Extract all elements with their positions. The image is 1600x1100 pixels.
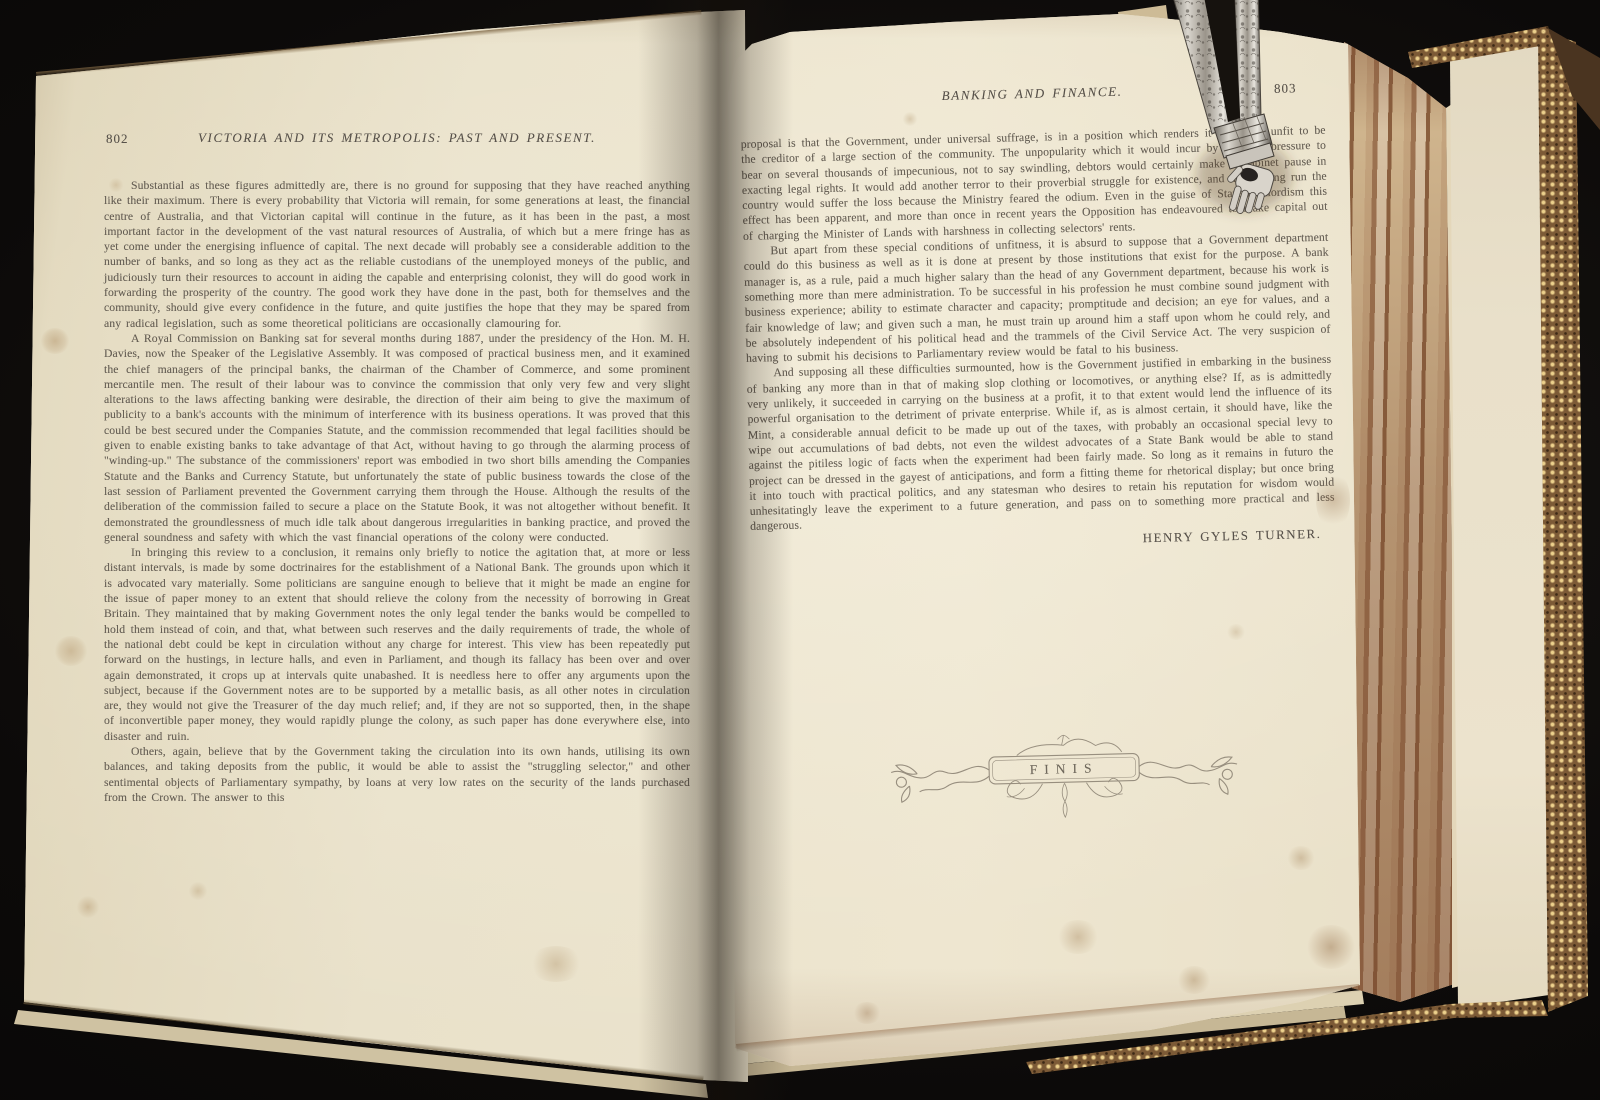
- paragraph: And supposing all these difficulties sur…: [746, 352, 1335, 535]
- left-page-text: 802 VICTORIA AND ITS METROPOLIS: PAST AN…: [104, 130, 690, 805]
- book-gutter-shadow: [638, 0, 793, 1100]
- left-running-head: 802 VICTORIA AND ITS METROPOLIS: PAST AN…: [104, 130, 690, 152]
- paragraph: In bringing this review to a conclusion,…: [104, 545, 690, 744]
- paragraph: A Royal Commission on Banking sat for se…: [104, 331, 690, 545]
- paragraph: Substantial as these figures admittedly …: [104, 178, 690, 331]
- finis-label: FINIS: [1030, 760, 1099, 777]
- antique-book-photograph: 802 VICTORIA AND ITS METROPOLIS: PAST AN…: [0, 0, 1600, 1100]
- left-running-header: VICTORIA AND ITS METROPOLIS: PAST AND PR…: [104, 130, 690, 145]
- silver-bookmark-clip-icon: [1140, 0, 1315, 229]
- finis-ornament: FINIS: [873, 721, 1257, 880]
- left-page-number: 802: [106, 131, 129, 146]
- paragraph: Others, again, believe that by the Gover…: [104, 744, 690, 805]
- paragraph: But apart from these special conditions …: [743, 230, 1331, 367]
